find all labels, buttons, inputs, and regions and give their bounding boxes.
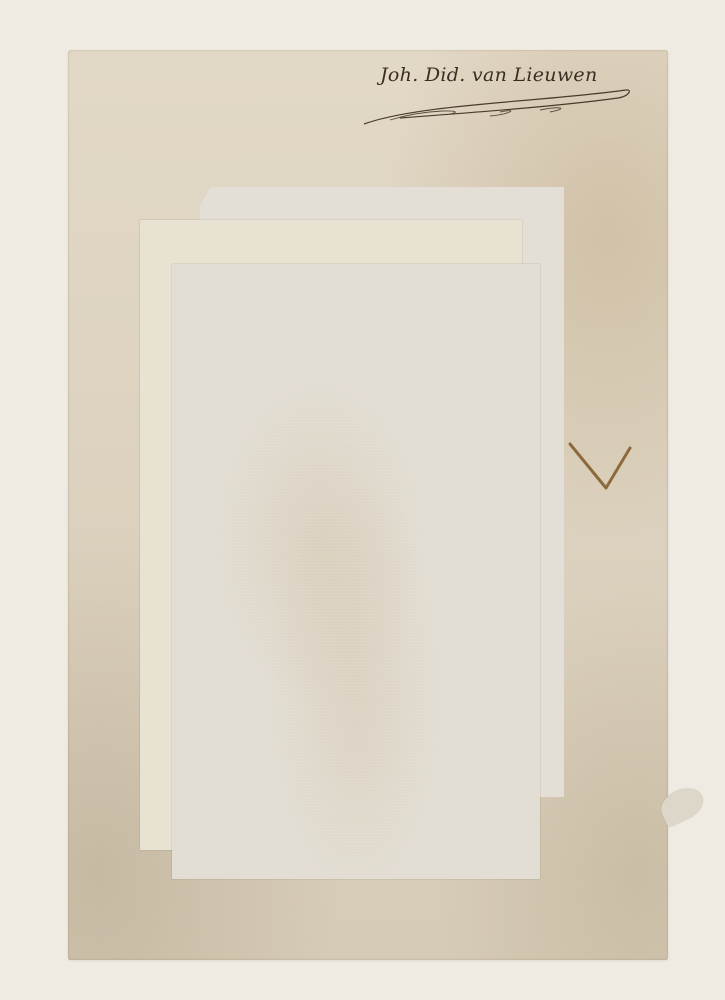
- handwritten-signature: Joh. Did. van Lieuwen: [380, 64, 597, 86]
- signature-flourish-icon: [360, 84, 632, 128]
- ink-check-mark-icon: [566, 438, 636, 494]
- paper-fragment-front: [172, 264, 540, 879]
